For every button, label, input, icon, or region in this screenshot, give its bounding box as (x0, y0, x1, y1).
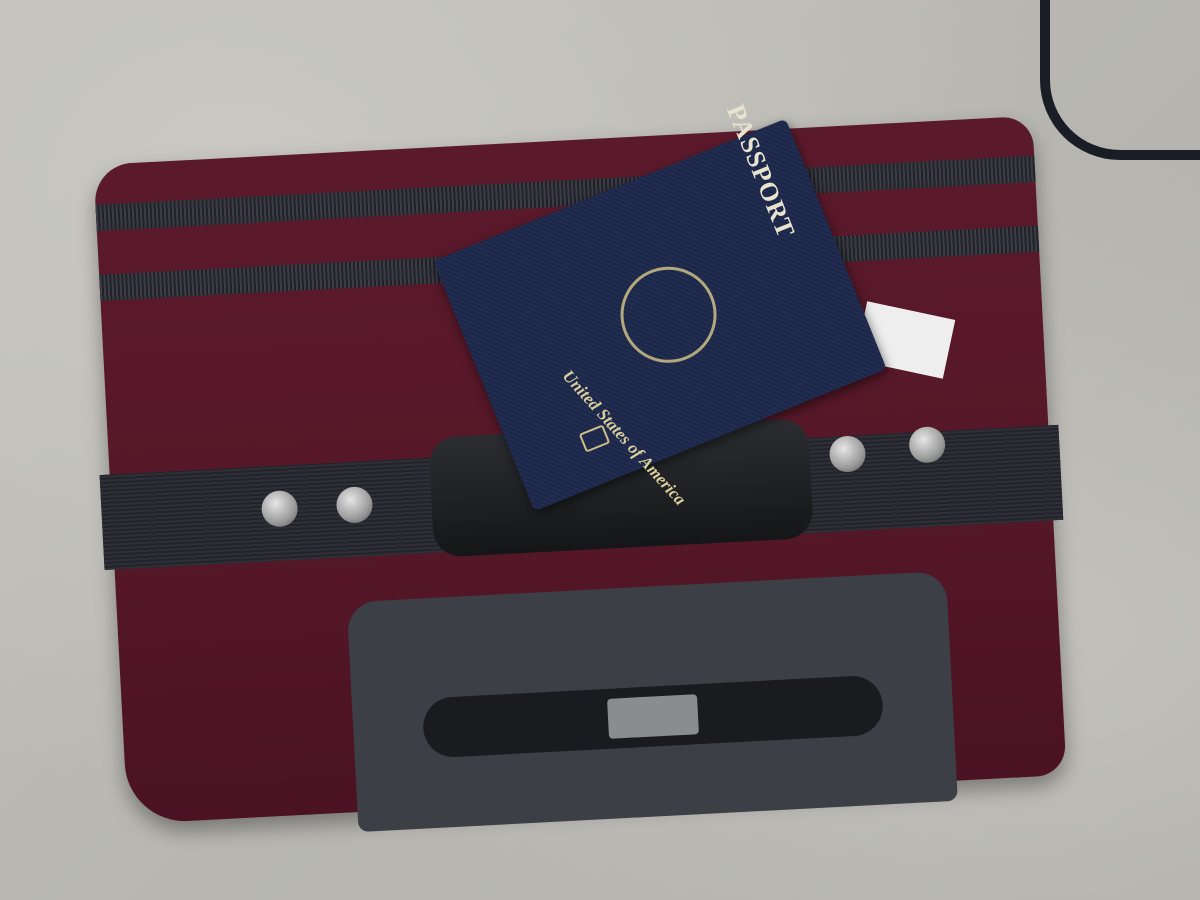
bag-strap (1040, 0, 1200, 160)
handle-release-button (607, 694, 699, 739)
eagle-seal-icon (606, 252, 731, 377)
telescoping-handle (347, 571, 958, 832)
